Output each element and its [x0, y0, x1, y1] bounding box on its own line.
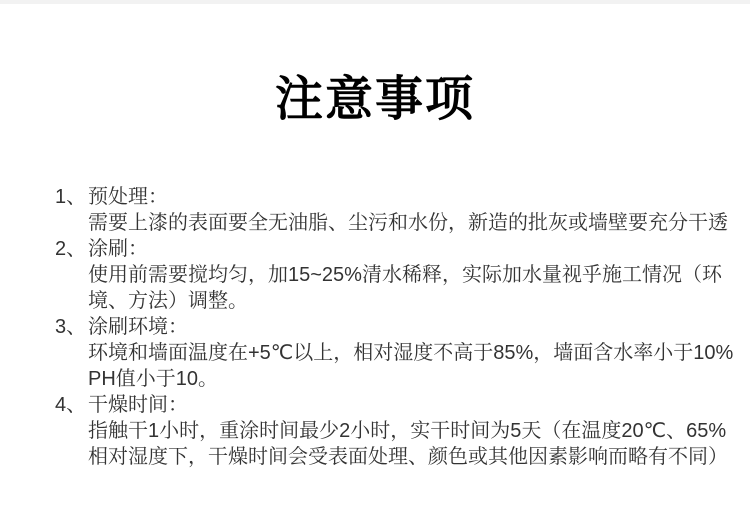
top-divider-strip	[0, 0, 750, 4]
list-item-body: 预处理： 需要上漆的表面要全无油脂、尘污和水份，新造的批灰或墙壁要充分干透	[88, 184, 710, 236]
list-item-heading: 预处理：	[88, 184, 710, 210]
precautions-page: 注意事项 1、 预处理： 需要上漆的表面要全无油脂、尘污和水份，新造的批灰或墙壁…	[0, 0, 750, 517]
list-item-text: 相对湿度下，干燥时间会受表面处理、颜色或其他因素影响而略有不同）	[88, 444, 710, 470]
list-item-text: 环境和墙面温度在+5℃以上，相对湿度不高于85%，墙面含水率小于10%	[88, 340, 710, 366]
list-item-text: PH值小于10。	[88, 366, 710, 392]
list-item: 4、 干燥时间： 指触干1小时，重涂时间最少2小时，实干时间为5天（在温度20℃…	[55, 392, 710, 470]
page-title: 注意事项	[0, 74, 750, 126]
list-item-text: 指触干1小时，重涂时间最少2小时，实干时间为5天（在温度20℃、65%	[88, 418, 710, 444]
list-item-number: 1、	[55, 184, 88, 210]
list-item-number: 4、	[55, 392, 88, 418]
list-item-heading: 涂刷：	[88, 236, 710, 262]
list-item-text: 需要上漆的表面要全无油脂、尘污和水份，新造的批灰或墙壁要充分干透	[88, 210, 710, 236]
list-item-text: 使用前需要搅均匀，加15~25%清水稀释，实际加水量视乎施工情况（环	[88, 262, 710, 288]
list-item-heading: 干燥时间：	[88, 392, 710, 418]
list-item: 1、 预处理： 需要上漆的表面要全无油脂、尘污和水份，新造的批灰或墙壁要充分干透	[55, 184, 710, 236]
list-item-number: 2、	[55, 236, 88, 262]
precautions-list: 1、 预处理： 需要上漆的表面要全无油脂、尘污和水份，新造的批灰或墙壁要充分干透…	[55, 184, 710, 470]
list-item-body: 涂刷环境： 环境和墙面温度在+5℃以上，相对湿度不高于85%，墙面含水率小于10…	[88, 314, 710, 392]
list-item-body: 涂刷： 使用前需要搅均匀，加15~25%清水稀释，实际加水量视乎施工情况（环 境…	[88, 236, 710, 314]
list-item: 3、 涂刷环境： 环境和墙面温度在+5℃以上，相对湿度不高于85%，墙面含水率小…	[55, 314, 710, 392]
list-item-text: 境、方法）调整。	[88, 288, 710, 314]
list-item-body: 干燥时间： 指触干1小时，重涂时间最少2小时，实干时间为5天（在温度20℃、65…	[88, 392, 710, 470]
list-item-number: 3、	[55, 314, 88, 340]
list-item: 2、 涂刷： 使用前需要搅均匀，加15~25%清水稀释，实际加水量视乎施工情况（…	[55, 236, 710, 314]
list-item-heading: 涂刷环境：	[88, 314, 710, 340]
